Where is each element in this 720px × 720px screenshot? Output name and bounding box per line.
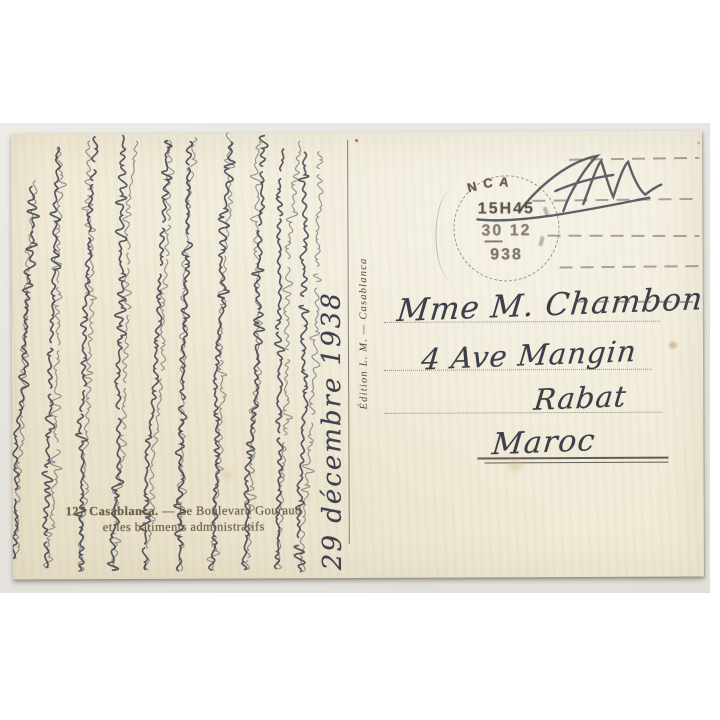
cancellation-line [547, 235, 699, 237]
handwriting-stroke-column [12, 181, 37, 559]
postmark-circle: N C A 15H45 30 12 938 [453, 175, 559, 281]
foxing-speck [697, 142, 700, 145]
postmark-arc-letter: C [483, 175, 494, 191]
address-line-country: Maroc [490, 423, 597, 462]
foxing-speck [355, 139, 358, 142]
foxing-stain [506, 459, 522, 471]
edition-imprint: Édition L. M. — Casablanca [358, 248, 374, 418]
caption-line-1: 127 Casablanca. — Le Boulevard Gouraud [19, 503, 349, 519]
caption-number: 127 [66, 504, 86, 518]
address-line-city: Rabat [532, 379, 628, 417]
cancellation-line [560, 265, 700, 268]
address-line-recipient: Mme M. Chambon [395, 281, 705, 329]
caption-title: — Le Boulevard Gouraud [162, 503, 302, 518]
foxing-stain [221, 471, 233, 480]
cancellation-line [532, 198, 699, 202]
postcard: 29 décembre 1938 127 Casablanca. — Le Bo… [11, 130, 704, 579]
caption-place: Casablanca. [89, 504, 158, 518]
postmark-day-underline [485, 240, 503, 242]
handwriting-stroke-column [11, 186, 40, 559]
postmark-year: 938 [455, 246, 559, 264]
postcard-photo-backdrop: 29 décembre 1938 127 Casablanca. — Le Bo… [0, 123, 710, 593]
postmark-arc-letter: N [466, 179, 479, 196]
postmark-arc-letter: A [499, 174, 510, 190]
cancellation-line [569, 157, 699, 161]
fm-crossbar-stroke [555, 175, 613, 191]
caption-line-2: et les bâtiments administratifs [19, 519, 349, 535]
address-line-street: 4 Ave Mangin [420, 334, 639, 376]
foxing-stain [669, 342, 677, 349]
